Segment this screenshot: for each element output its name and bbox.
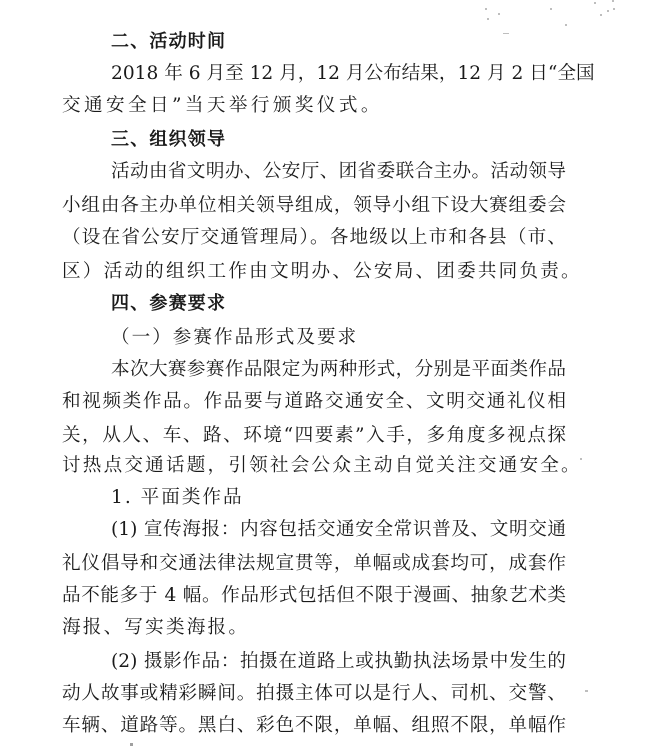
paragraph-line: 关，从人、车、路、环境“四要素”入手，多角度多视点探 (62, 421, 566, 451)
scan-noise (580, 458, 582, 460)
paragraph-line: 和视频类作品。作品要与道路交通安全、文明交通礼仪相 (62, 387, 566, 417)
subsection-heading-work-format: （一）参赛作品形式及要求 (111, 323, 566, 353)
paragraph-line: 本次大赛参赛作品限定为两种形式，分别是平面类作品 (111, 355, 566, 385)
paragraph-line: 2018 年 6 月至 12 月，12 月公布结果，12 月 2 日“全国 (111, 59, 566, 89)
paragraph-line: 交通安全日”当天举行颁奖仪式。 (62, 91, 566, 121)
paragraph-line: 动人故事或精彩瞬间。拍摄主体可以是行人、司机、交警、 (62, 679, 566, 709)
scan-noise (565, 24, 567, 26)
paragraph-line: 礼仪倡导和交通法律法规宣贯等，单幅或成套均可，成套作 (62, 549, 566, 579)
section-heading-activity-time: 二、活动时间 (111, 27, 566, 57)
scan-noise (585, 690, 588, 692)
paragraph-line: (1) 宣传海报：内容包括交通安全常识普及、文明交通 (111, 515, 566, 545)
paragraph-line: 活动由省文明办、公安厅、团省委联合主办。活动领导 (111, 157, 566, 187)
scan-noise (498, 13, 500, 15)
scan-noise (503, 33, 509, 34)
section-heading-requirements: 四、参赛要求 (111, 289, 566, 319)
paragraph-line: 车辆、道路等。黑白、彩色不限，单幅、组照不限，单幅作 (62, 711, 566, 741)
scan-noise (607, 10, 609, 12)
paragraph-line: 海报、写实类海报。 (62, 613, 566, 643)
paragraph-line: 小组由各主办单位相关领导组成，领导小组下设大赛组委会 (62, 191, 566, 221)
scan-noise (485, 8, 487, 10)
section-heading-organization: 三、组织领导 (111, 125, 566, 155)
paragraph-line: 讨热点交通话题，引领社会公众主动自觉关注交通安全。 (62, 451, 566, 481)
scan-noise (600, 14, 602, 16)
scan-noise (613, 8, 615, 10)
scan-noise (550, 8, 552, 10)
scan-noise (612, 0, 614, 2)
paragraph-line: 区）活动的组织工作由文明办、公安局、团委共同负责。 (62, 257, 566, 287)
subsection-heading-graphic-works: 1. 平面类作品 (111, 483, 566, 513)
scanned-document-page: 二、活动时间 2018 年 6 月至 12 月，12 月公布结果，12 月 2 … (0, 0, 658, 750)
paragraph-line: （设在省公安厅交通管理局）。各地级以上市和各县（市、 (62, 223, 566, 253)
paragraph-line: 品不能多于 4 幅。作品形式包括但不限于漫画、抽象艺术类 (62, 581, 566, 611)
scan-noise (594, 2, 596, 4)
paragraph-line: (2) 摄影作品：拍摄在道路上或执勤执法场景中发生的 (111, 647, 566, 677)
scan-noise (487, 18, 489, 20)
scan-noise (130, 743, 133, 746)
